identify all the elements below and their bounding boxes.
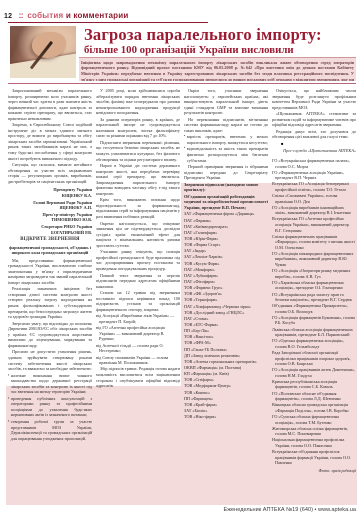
paragraph: Запропонований механізм паралельного імп… [8,88,92,121]
press-service-signoff: Прес-служба «Щотижневика АПТЕКА» [272,148,356,154]
appeal-body: Ми, представники фармацевтичної громадсь… [8,258,92,372]
paragraph: Реалізація зазначених ініціатив без ство… [8,286,92,319]
signatory-item: ОКВП «Фармація» (м. Полтава) [184,365,268,371]
appeal-demands-list: ▪ належне виконання вимог чинного законо… [8,373,92,442]
list-item: ▪ створення робочої групи за участю пред… [8,419,92,441]
signatory-item: ТОВ «Фарма Старт» [184,242,268,248]
column2-closing: Збір підписів триває. Редакція готова на… [96,366,180,388]
signature-line: від ГО «Аптечна професійна асоціація Укр… [96,325,180,342]
round-bullet-icon: • [184,134,185,145]
list-item: • вартість препаратів, ввезених у межах … [184,134,268,145]
paragraph: Зокрема, в Європейському Союзі подібний … [8,122,92,161]
addressee: Президенту України ЮЩЕНКУ В.А. [8,187,92,198]
column2-paragraphs: У 2005 році, коли здійснювалися спроби л… [96,88,180,289]
addressee: Секретарю РНБО України БОГАТИРЬОВІЙ Р.В. [8,224,92,235]
addressee-name: ТИМОШЕНКО Ю.В. [8,217,92,223]
list-item-text: відповідальність за якість таких препара… [187,146,268,163]
body-column-3: Окрім того, учасники звернення наголошую… [184,88,268,505]
signatory-item: Всеукраїнська ГО «Аптечна професійна асо… [272,216,356,233]
appeal-subheading: фармацевтичної громадськості, об'єднань … [8,245,92,256]
signatory-item: Вінницька обласна громадська організація… [272,402,356,413]
signatory-item: ТОВ «Фармекс Груп» [184,285,268,291]
signatory-item: ТОВ «ФК «Здоров'я» [184,291,268,297]
paragraph: Перший примірник звернення із зібраними … [184,164,268,181]
signature-lines: від Асоціації «Виробники ліків України» … [96,313,180,365]
list-item: ▪ проведення публічних консультацій з оп… [8,396,92,418]
signatory-item: ТОВ «Ніко-фарм» [184,414,268,420]
signature-line: від Асоціації «Виробники ліків України» … [96,313,180,324]
signatory-item: ЗАТ «Індар» [184,248,268,254]
signatory-item: ПАТ «Фармак» [184,218,268,224]
paragraph: Очікується, що найближчим часом зверненн… [272,88,356,110]
signatory-item: Національна фармацевтична профспілка Укр… [272,437,356,448]
signatory-item: ГО «Всеукраїнська рада захисту прав та б… [272,292,356,303]
list-item-text: створення робочої групи за участю предст… [11,419,92,441]
masthead-rule [8,22,208,23]
signatory-item: Львівська обласна асоціація фармацевтичн… [272,327,356,338]
signatory-item: ПАТ «Галичфарм» [184,230,268,236]
body-column-4: Очікується, що найближчим часом зверненн… [272,88,356,505]
article-end: ■ [272,141,356,147]
signatory-item: Спілка «Споживачі України», голова правл… [272,193,356,204]
list-item-text: вартість препаратів, ввезених у межах па… [187,134,268,145]
square-bullet-icon: ▪ [8,373,9,395]
signature-line: від Союзу споживачів України — голова пр… [96,355,180,366]
signatory-item: ПП «Бер-Лік» [184,328,268,334]
masthead: 12 :: события и комментарии [4,11,128,20]
signatory-item: ГО «Асоціація працівників аптек Донеччин… [272,367,356,378]
signatory-item: ГО «Одеська фармацевтична асоціація», го… [272,338,356,349]
list-item: ▪ належне виконання вимог чинного законо… [8,373,92,395]
signatory-item: ГО «Харківська обласна фармацевтична асо… [272,280,356,291]
square-bullet-icon: ▪ [8,419,9,441]
signatory-item: ПП «Ганза-ГБ Полтава» [184,347,268,353]
column4-paragraphs: Очікується, що найближчим часом зверненн… [272,88,356,140]
body-column-2: У 2005 році, коли здійснювалися спроби л… [96,88,180,505]
signatory-item: ПАТ «Лубнифарм» [184,273,268,279]
signatories-list-associations: ГО «Всеукраїнська фармацевтична палата»,… [272,158,356,466]
paragraph: Крім того, виникають питання щодо відпов… [96,197,180,219]
section-marker-icon: :: [19,11,23,20]
column3-paragraphs-2: Перший примірник звернення із зібраними … [184,164,268,181]
signatory-item: Всеукраїнська ГО «Асоціація безперервної… [272,181,356,192]
signatory-item: ТОВ «Дослідний завод «ГНЦЛС» [184,310,268,316]
signatory-item: ТОВ «Тернофарм» [184,297,268,303]
list-item: • відповідальність за якість таких препа… [184,146,268,163]
signatory-item: ТОВ «Медфарком-Центр» [184,383,268,389]
signatory-item: ТОВ «Вансітон» [184,334,268,340]
paragraph: Звертаємо увагу, що відповідно до положе… [8,321,92,349]
addressee-name: ЯЦЕНЮКУ А.П. [8,205,92,211]
paragraph: Учасники ринку очікують, що позиція проф… [96,249,180,271]
paragraph: Повний текст звернення та перелік підпис… [96,273,180,290]
paragraph: Підписанти звернення переконані: рішення… [96,140,180,162]
paragraph: Наразі в Україні діє система державного … [96,163,180,196]
signatory-item: ТОВ «ФРА-М» [184,340,268,346]
signatory-item: ГО «Асоціація міжнародних фармацевтичних… [272,251,356,268]
paragraph: На переконання підписантів, вітчизняна с… [184,117,268,134]
appeal-addressees: Президенту України ЮЩЕНКУ В.А. Голові Ве… [8,187,92,235]
signatory-item: ПАТ «Монфарм» [184,267,268,273]
signatory-item: ГО «Всеукраїнська фармацевтична палата»,… [272,158,356,169]
paragraph: Збір підписів триває. Редакція готова на… [96,366,180,388]
list-item-text: проведення публічних консультацій з опер… [11,396,92,418]
round-bullet-icon: • [184,146,185,163]
signatory-item: ЗАТ «Лекхім-Харків» [184,254,268,260]
photo-credit: Фото: архів редакції [272,468,356,474]
paragraph: Редакція дякує всім, хто долучився до об… [272,129,356,140]
signatory-lead: Об'єднання організацій роботодавців меди… [184,194,268,211]
signatory-item: ТОВ «БТС-Фарма» [184,322,268,328]
column1-paragraphs: Запропонований механізм паралельного імп… [8,88,92,184]
paragraph: Ситуація, що склалася, вимагає негайного… [8,162,92,184]
paragraph: Окрім того, учасники звернення наголошую… [184,88,268,116]
signature-line: від Аптечної гільдії — голова ради О. Не… [96,343,180,354]
article-lead: Ініціатива щодо запровадження механізму … [79,57,356,81]
newspaper-page: 12 :: события и комментарии Загроза пара… [0,0,360,530]
signatory-item: ПАТ «Хімфармзавод «Червона зірка» [184,304,268,310]
signatory-item: Спілка фармацевтичних працівників «Фармр… [272,234,356,251]
signatory-item: ТОВ «Аптека гормональних препаратів» [184,359,268,365]
signatory-item: Об'єднання «Фармацевтика Прикарпаття», г… [272,303,356,314]
paragraph: Окремо наголошується, що очікуване зниже… [96,221,180,249]
square-bullet-icon: ▪ [8,396,9,418]
signatory-item: ГО «Асоціація фармацевтів Буковини», гол… [272,315,356,326]
signatory-item: ГО «Полтавське обласне об'єднання фармац… [272,391,356,402]
column3-bullets: • вартість препаратів, ввезених у межах … [184,134,268,163]
addressee-name: БОГАТИРЬОВІЙ Р.В. [8,230,92,236]
section-label-light: события [27,11,63,20]
signatory-item: ПП «Фармацея» [184,396,268,402]
addressee: Голові Верховної Ради України ЯЦЕНЮКУ А.… [8,200,92,211]
signatory-item: ГО «Фармацевтична асоціація України», пр… [272,170,356,181]
list-item-text: належне виконання вимог чинного законода… [11,373,92,395]
signatories-list-companies: ЗАТ «Фармацевтична фірма «Дарниця»ПАТ «Ф… [184,211,268,419]
signatory-item: ПАТ «Фітофарм» [184,279,268,285]
appeal-heading: ВІДКРИТЕ ЗВЕРНЕННЯ [8,237,92,243]
column3-paragraphs: Окрім того, учасники звернення наголошую… [184,88,268,133]
paragraph: Ми, представники фармацевтичної громадсь… [8,258,92,286]
signatory-item: ПАТ «Київмедпрепарат» [184,224,268,230]
headline-divider [8,83,356,84]
page-number: 12 [4,13,12,20]
page-footer: Еженедельник АПТЕКА №19 (640) • www.apte… [224,507,356,513]
paragraph: Просимо не допустити ухвалення рішень, з… [8,349,92,371]
signatory-item: ТОВ «Кусум Фарм» [184,261,268,267]
section-label-bold: и комментарии [66,11,129,20]
signatory-item: ГО «Асоціація виробників інноваційних лі… [272,205,356,216]
signatory-item: ГО «Сумська обласна фармацевтична асоціа… [272,414,356,425]
article-photo [10,26,76,78]
signatory-item: ЗАТ «Фармацевтична фірма «Дарниця» [184,211,268,217]
signatory-item: ТОВ «Конекс» [184,390,268,396]
signatory-item: ДП «Завод хімічних реактивів» [184,353,268,359]
signatory-item: КП «Фармація» (м. Київ) [184,371,268,377]
signatory-item: Житомирська обласна спілка фармацевтів, … [272,426,356,437]
signatory-item: ГО «Асоціація «Оператори ринку медичних … [272,268,356,279]
paragraph: У 2005 році, коли здійснювалися спроби л… [96,88,180,116]
paragraph: «Щотижневик АПТЕКА» стежитиме за розвитк… [272,111,356,128]
signatory-item: Рада Запорізької обласної організації пр… [272,350,356,367]
addressee: Прем'єр-міністру України ТИМОШЕНКО Ю.В. [8,212,92,223]
signatory-item: ТОВ «Юрія-Фарм» [184,236,268,242]
body-column-1: Запропонований механізм паралельного імп… [8,88,92,505]
signatory-item: ЗАТ «Біолік» [184,408,268,414]
signatory-item: ПАТ «Стома» [184,316,268,322]
signatory-item: ТОВ «Край-фарм» [184,402,268,408]
signatory-item: Кримська республіканська асоціація фарма… [272,379,356,390]
article-end-mark-icon: ■ [277,141,283,146]
signatory-item: ТОВ «Сітіфарм» [184,377,268,383]
signatures-intro: Станом на 12 травня під зверненням поста… [96,290,180,312]
addressee-name: ЮЩЕНКУ В.А. [8,193,92,199]
article-title-line1: Загроза паралельного імпорту: [84,25,358,45]
signatory-item: Всеукраїнське об'єднання профспілок прац… [272,449,356,466]
paragraph: За даними операторів ринку, в країнах, д… [96,117,180,139]
signatories-intro: Звернення підписали (наводимо мовою ориг… [184,182,268,193]
